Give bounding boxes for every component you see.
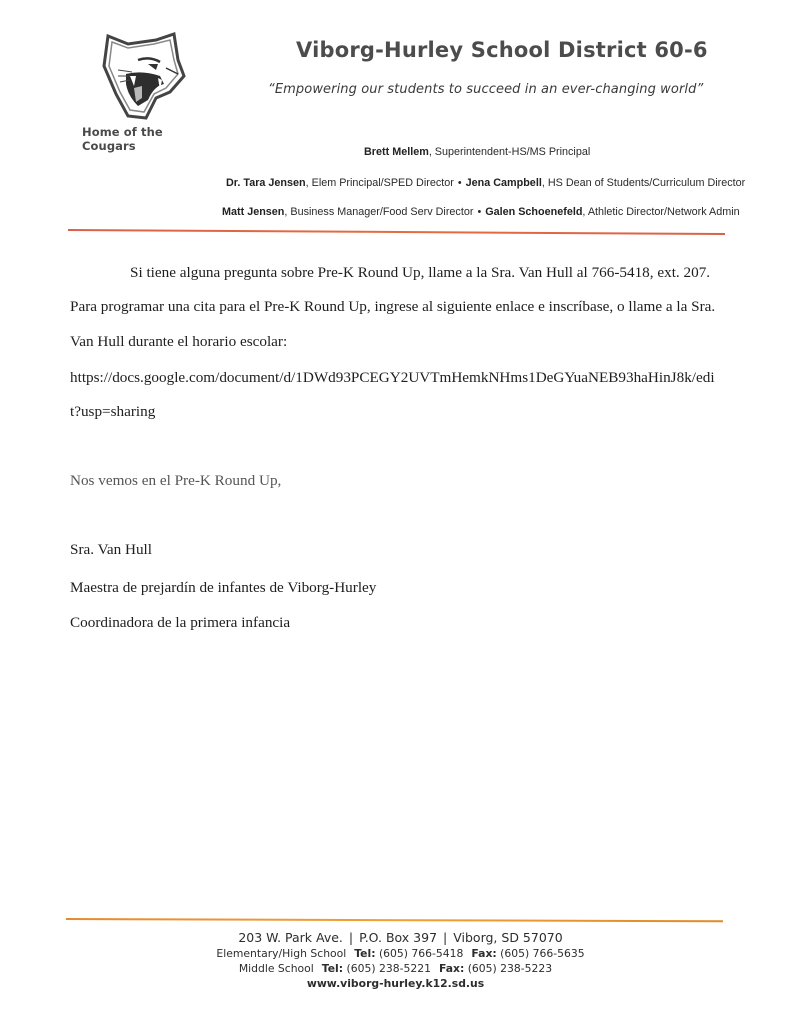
district-name: Viborg-Hurley School District 60-6 bbox=[296, 38, 708, 62]
closing-line: Nos vemos en el Pre-K Round Up, bbox=[70, 472, 735, 490]
staff-line-3: Matt Jensen, Business Manager/Food Serv … bbox=[222, 206, 740, 218]
district-motto: “Empowering our students to succeed in a… bbox=[268, 82, 703, 97]
staff-role: , Elem Principal/SPED Director bbox=[306, 177, 454, 189]
footer-divider bbox=[66, 918, 723, 922]
staff-line-1: Brett Mellem, Superintendent-HS/MS Princ… bbox=[364, 146, 590, 158]
letter-paragraph-line-1: Si tiene alguna pregunta sobre Pre-K Rou… bbox=[130, 264, 791, 282]
staff-name: Jena Campbell bbox=[466, 177, 542, 189]
header-divider bbox=[68, 229, 725, 235]
footer-elementary-contact: Elementary/High SchoolTel: (605) 766-541… bbox=[0, 946, 791, 961]
staff-name: Dr. Tara Jensen bbox=[226, 177, 306, 189]
staff-name: Brett Mellem bbox=[364, 146, 429, 158]
separator: | bbox=[443, 930, 447, 946]
ms-fax: (605) 238-5223 bbox=[468, 962, 552, 975]
signup-link[interactable]: https://docs.google.com/document/d/1DWd9… bbox=[70, 369, 735, 387]
ms-label: Middle School bbox=[239, 962, 314, 975]
separator: | bbox=[349, 930, 353, 946]
street-address: 203 W. Park Ave. bbox=[238, 930, 343, 945]
staff-name: Matt Jensen bbox=[222, 206, 284, 218]
staff-role: , Athletic Director/Network Admin bbox=[582, 206, 739, 218]
staff-role: , Business Manager/Food Serv Director bbox=[284, 206, 473, 218]
city-state-zip: Viborg, SD 57070 bbox=[453, 930, 562, 945]
footer: 203 W. Park Ave.|P.O. Box 397|Viborg, SD… bbox=[0, 930, 791, 991]
po-box: P.O. Box 397 bbox=[359, 930, 437, 945]
letter-paragraph-line-2: Para programar una cita para el Pre-K Ro… bbox=[70, 298, 735, 316]
fax-label: Fax: bbox=[471, 947, 496, 960]
cougar-logo-icon bbox=[98, 30, 188, 122]
elem-label: Elementary/High School bbox=[216, 947, 346, 960]
tel-label: Tel: bbox=[354, 947, 375, 960]
fax-label: Fax: bbox=[439, 962, 464, 975]
ms-tel: (605) 238-5221 bbox=[347, 962, 431, 975]
signature-name: Sra. Van Hull bbox=[70, 541, 735, 559]
signup-link-continued[interactable]: t?usp=sharing bbox=[70, 403, 735, 421]
staff-line-2: Dr. Tara Jensen, Elem Principal/SPED Dir… bbox=[226, 177, 745, 189]
logo-caption: Home of the Cougars bbox=[82, 125, 212, 153]
footer-address-line: 203 W. Park Ave.|P.O. Box 397|Viborg, SD… bbox=[0, 930, 791, 946]
bullet-separator: • bbox=[458, 177, 462, 189]
signature-title: Maestra de prejardín de infantes de Vibo… bbox=[70, 579, 735, 597]
elem-tel: (605) 766-5418 bbox=[379, 947, 463, 960]
bullet-separator: • bbox=[477, 206, 481, 218]
letter-paragraph-line-3: Van Hull durante el horario escolar: bbox=[70, 333, 735, 351]
elem-fax: (605) 766-5635 bbox=[500, 947, 584, 960]
footer-middle-school-contact: Middle SchoolTel: (605) 238-5221Fax: (60… bbox=[0, 961, 791, 976]
staff-role: , Superintendent-HS/MS Principal bbox=[429, 146, 590, 158]
signature-subtitle: Coordinadora de la primera infancia bbox=[70, 614, 735, 632]
staff-name: Galen Schoenefeld bbox=[485, 206, 582, 218]
tel-label: Tel: bbox=[322, 962, 343, 975]
staff-role: , HS Dean of Students/Curriculum Directo… bbox=[542, 177, 745, 189]
website-link[interactable]: www.viborg-hurley.k12.sd.us bbox=[0, 976, 791, 991]
